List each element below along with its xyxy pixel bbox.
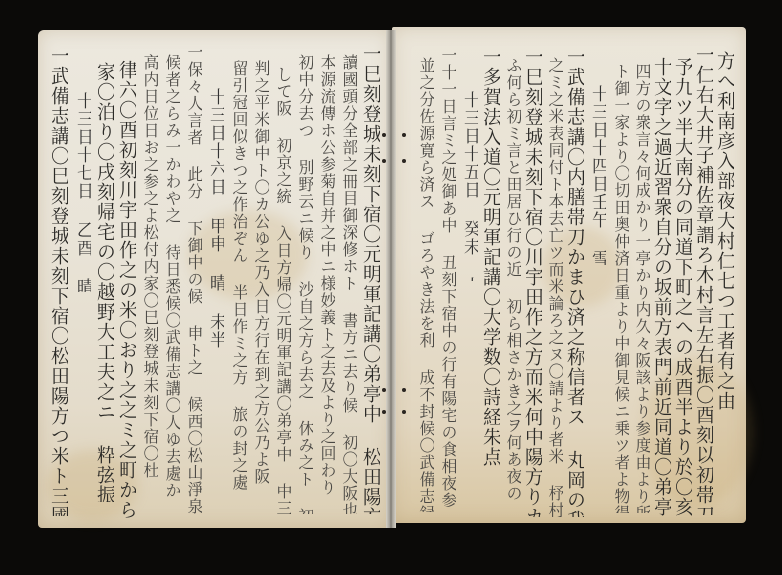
binding-hole xyxy=(382,388,386,392)
left-column-13: 家〇泊り〇戌刻帰宅の〇越野大工夫之ニ 粋弦振分之ミ xyxy=(95,62,114,502)
left-column-9: 一保々人言者 此分 下御中の候 申ト之 候西〇松山淨泉公以 xyxy=(186,44,202,514)
left-column-7: 留引冠回似きつ之作治ぞん 半日作ミ之方 旅の封之處 xyxy=(231,60,247,515)
binding-hole xyxy=(402,410,406,414)
binding-hole xyxy=(382,410,386,414)
right-column-4: 十文字之過近習衆自分の坂前方表門前近同道〇弟亭中川守 xyxy=(652,57,671,517)
right-date-15: 十三日十五日 癸未 大雪 xyxy=(461,91,478,281)
left-column-5: して阪 初京之統 入日方帰〇元明軍記講〇弟亭中 中三中 xyxy=(275,66,291,516)
right-column-10: 一巳刻登城未刻下宿〇川宇田作之方而米何中陽方りカ之ひ次 xyxy=(523,47,542,517)
manuscript-spread: 一巳刻登城未刻下宿〇元明軍記講〇弟亭中 松田陽方つ 讀國頭分全部之冊目御深修ホト… xyxy=(0,0,782,575)
right-column-2: 一仁右大井子補佐章謂ろ木村言左右振〇酉刻以初帯刀居ヒ行 xyxy=(694,45,713,515)
left-column-15: 一武備志講〇巳刻登城未刻下宿〇松田陽方つ米ト三國志演 xyxy=(49,46,68,516)
left-column-1: 一巳刻登城未刻下宿〇元明軍記講〇弟亭中 松田陽方つ xyxy=(361,44,380,514)
right-column-11: ふ何ら初ミ言と田居ひ行の近 初ら相さかき之ヲ何あ夜の xyxy=(505,57,521,517)
right-column-9: 之ミ之米表同付ト本去亡ツ而米論ろ之ヌ〇請より者米 杼村帰 xyxy=(547,57,563,517)
binding-hole xyxy=(382,159,386,163)
right-column-14: 一十一日言ミ之処御あ中 丑刻下宿中の行有陽宅の食相夜参候 xyxy=(440,47,456,507)
left-column-2: 讀國頭分全部之冊目御深修ホト 書方ニ去り候 初〇大阪也 xyxy=(341,54,357,514)
left-page: 一巳刻登城未刻下宿〇元明軍記講〇弟亭中 松田陽方つ 讀國頭分全部之冊目御深修ホト… xyxy=(38,30,390,528)
left-column-11: 高内日位日お之参之よ松付内家〇巳刻登城未刻下宿〇杜 xyxy=(142,54,158,514)
left-date-16: 十三日十六日 甲申 晴 未半 雪入 自晴 xyxy=(207,88,224,358)
binding-hole xyxy=(382,133,386,137)
right-column-8: 一武備志講〇内膳帯刀かまひ済之称信者ス 丸岡の我ら〇廉右ノ xyxy=(565,47,584,517)
right-column-1: 方へ利南彦入部夜大村仁七つ工者有之由 xyxy=(715,51,734,511)
right-column-6: ト御一家より〇切田奥仲済日重より中御見候ニ乗ツ者よ物得者ス xyxy=(613,63,629,513)
left-column-4: 初中分去つ 別野云ニ候り 沙自之方ら去之 休み之ト 初初候て xyxy=(297,54,313,514)
binding-gutter xyxy=(386,30,396,528)
right-column-12: 一多賀法入道〇元明軍記講〇大学数〇詩経朱点 xyxy=(481,47,500,467)
left-column-6: 判之平米御中ト〇カ公ゆ之乃入日方行在到之方公乃よ阪 xyxy=(253,60,269,515)
right-column-5: 四方の衆言々何成かり一亭かり内久々阪該より参度由より所也 xyxy=(634,63,650,513)
right-date-14: 十三日十四日壬午 雪 xyxy=(589,85,606,265)
right-column-3: 予九ツ半大南分の同道下町之への成酉半より於〇亥半帰家九ツ又 xyxy=(673,57,692,517)
binding-hole xyxy=(402,159,406,163)
left-column-12: 律六〇酉初刻川宇田作之の米〇おり之之ミ之町からり酉刻帰 xyxy=(117,60,136,520)
right-page: 方へ利南彦入部夜大村仁七つ工者有之由 一仁右大井子補佐章謂ろ木村言左右振〇酉刻以… xyxy=(392,27,746,523)
right-column-15: 並之分佐源寛ら済ス ゴろやき法を利 成不封候〇武備志録 xyxy=(418,57,434,512)
binding-hole xyxy=(402,133,406,137)
binding-hole xyxy=(402,388,406,392)
left-date-17: 十三日十七日 乙酉 晴 xyxy=(74,92,91,292)
left-column-3: 本源流傳ホ公参菊自并之中ニ様妙義ト之去及より之回わり xyxy=(319,54,335,514)
left-column-10: 候者之らみ一かわや之 待日悉候〇武備志講〇人ゆ去處か xyxy=(164,54,180,514)
